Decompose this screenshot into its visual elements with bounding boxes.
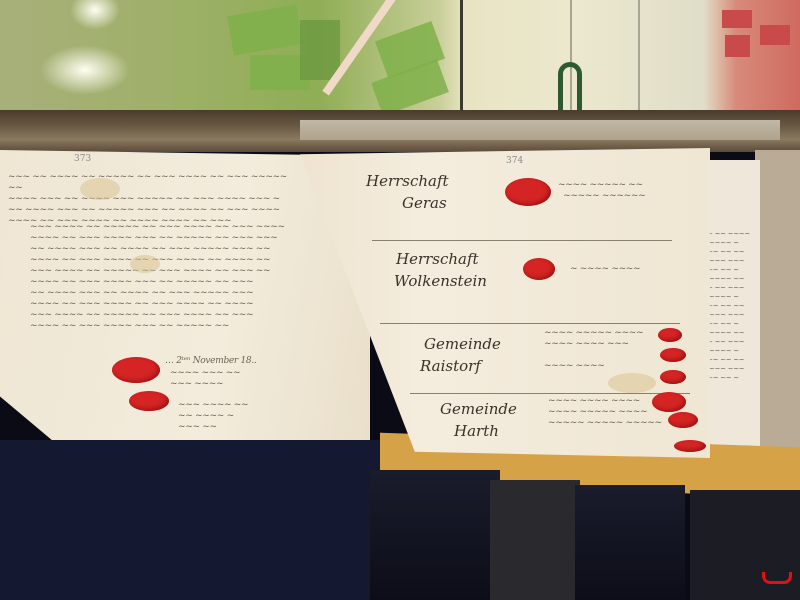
page-number: 374 (506, 156, 523, 166)
entry-heading: Gemeinde Harth (440, 398, 517, 442)
red-corner-logo-icon (762, 572, 792, 584)
wax-seal (660, 348, 686, 362)
cloth-fold (370, 470, 500, 600)
wax-seal (523, 258, 555, 280)
cloth-fold (575, 485, 685, 600)
page-number: 373 (74, 154, 91, 164)
cadastral-map (0, 0, 800, 120)
entry-heading: Herrschaft Wolkenstein (396, 248, 487, 292)
dark-cloth (0, 440, 380, 600)
entry-heading: Herrschaft Geras (366, 170, 449, 214)
page-stack-edge (300, 120, 780, 140)
wax-seal (112, 357, 160, 383)
wax-seal (505, 178, 551, 206)
divider (372, 240, 672, 241)
divider (410, 393, 690, 394)
entry-heading: Gemeinde Raistorf (424, 333, 501, 377)
date-line: … 2ᵗᵉⁿ November 18.. (165, 356, 256, 367)
left-page: 373 ~~~ ~~ ~~~~ ~~ ~~~~~ ~~ ~~~ ~~~~ ~~ … (0, 150, 370, 440)
wax-seal (668, 412, 698, 428)
wax-seal (129, 391, 169, 411)
wax-seal (658, 328, 682, 342)
binding-board (755, 150, 800, 470)
cloth-shadow (490, 480, 580, 600)
wax-seal (660, 370, 686, 384)
handwritten-text-block: ~~~ ~~ ~~~~ ~~ ~~~~~ ~~ ~~~ ~~~~ ~~ ~~~ … (8, 172, 298, 227)
wax-seal (674, 440, 706, 452)
divider (380, 323, 680, 324)
handwritten-text-block: ~~~ ~~~~ ~~ ~~~~~ ~~ ~~~ ~~~~ ~~ ~~~ ~~~… (30, 222, 320, 332)
wax-seal (652, 392, 686, 412)
green-ribbon-loop (558, 62, 582, 114)
